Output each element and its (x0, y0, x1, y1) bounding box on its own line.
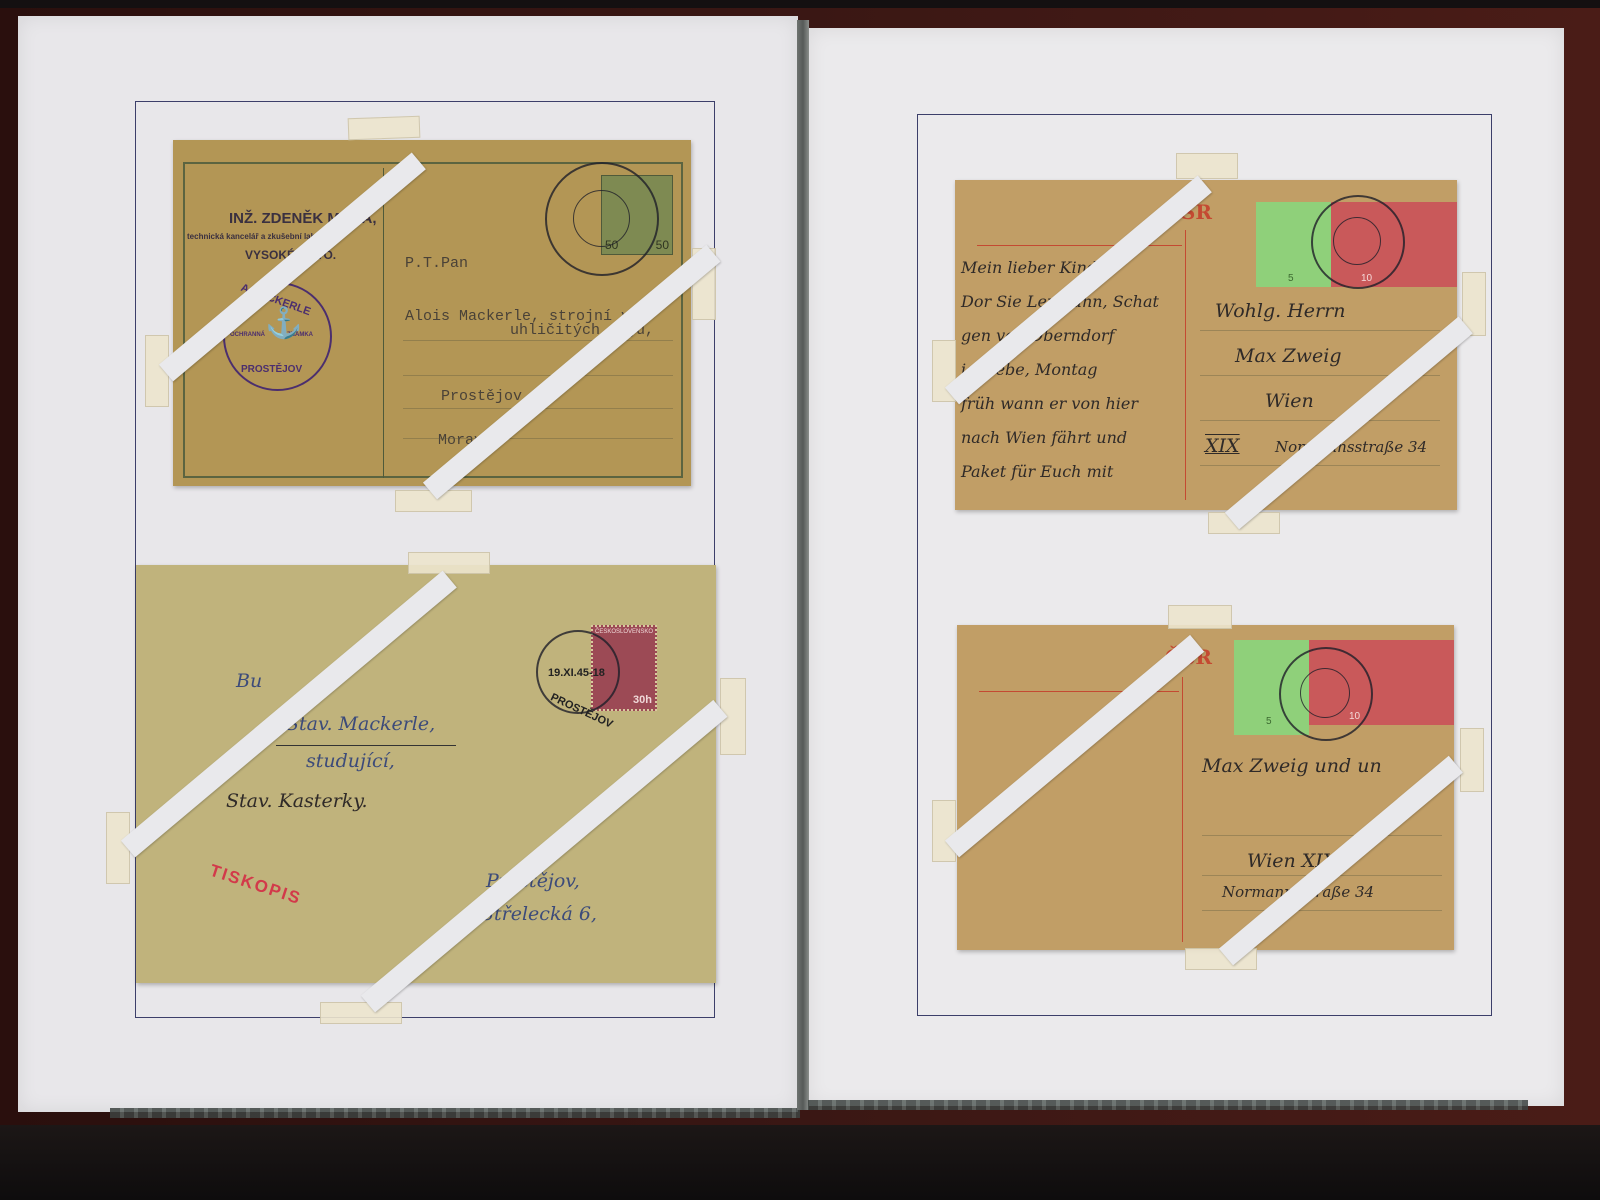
hinge-tape (1168, 605, 1232, 629)
album-spine (797, 20, 809, 1110)
hinge-tape (408, 552, 490, 574)
hinge-tape (1460, 728, 1484, 792)
message-line: früh wann er von hier (961, 394, 1138, 413)
district: XIX (1205, 435, 1240, 457)
hinge-tape (320, 1002, 402, 1024)
hinge-tape (348, 116, 421, 140)
addressee-name: Stav. Mackerle, (286, 713, 435, 735)
addr-salutation: P.T.Pan (405, 255, 468, 272)
tiskopis-mark: TISKOPIS (207, 861, 304, 909)
hinge-tape (932, 800, 956, 862)
sleeve-edge-left (110, 1108, 800, 1118)
card-divider (383, 168, 384, 478)
table-shadow (0, 1125, 1600, 1200)
hinge-tape (1176, 153, 1238, 179)
sleeve-edge-right (808, 1100, 1528, 1110)
postal-card-zweig-1[interactable]: ČSR Mein lieber Kind!Dor Sie Lenmann, Sc… (955, 180, 1457, 510)
anchor-icon: ⚓ (265, 306, 302, 341)
message-line: Paket für Euch mit (961, 462, 1113, 481)
message-line: nach Wien fährt und (961, 428, 1127, 447)
